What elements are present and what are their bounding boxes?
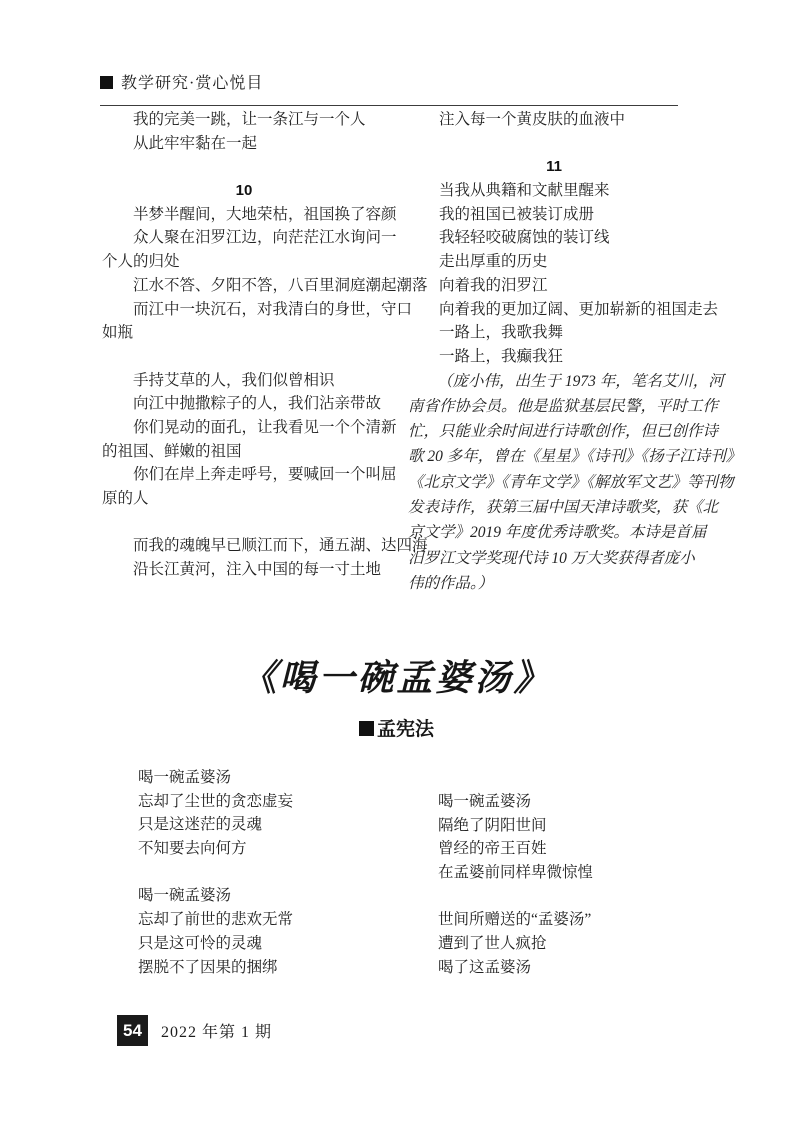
page-number-badge: 54 — [117, 1015, 148, 1046]
poem1-column-right: 注入每一个黄皮肤的血液中 11当我从典籍和文献里醒来我的祖国已被装订成册我轻轻咬… — [408, 108, 700, 596]
magazine-page: 教学研究·赏心悦目 我的完美一跳，让一条江与一个人从此牢牢黏在一起 10半梦半醒… — [0, 0, 793, 1122]
poem-line: 发表诗作，获第三届中国天津诗歌奖，获《北 — [408, 495, 700, 520]
poem-line: 喝一碗孟婆汤 — [138, 884, 422, 908]
poem-line — [138, 861, 422, 885]
poem2-author: 孟宪法 — [0, 714, 793, 741]
poem-line: （庞小伟，出生于 1973 年，笔名艾川，河 — [408, 369, 700, 394]
poem-line — [102, 511, 386, 535]
poem-line: 《北京文学》《青年文学》《解放军文艺》等刊物 — [408, 470, 700, 495]
poem-line — [102, 155, 386, 179]
poem-line: 不知要去向何方 — [138, 837, 422, 861]
poem-line: 我的祖国已被装订成册 — [408, 203, 700, 227]
poem-line: 世间所赠送的“孟婆汤” — [438, 908, 722, 932]
poem-line: 只是这迷茫的灵魂 — [138, 813, 422, 837]
poem2-title: 《喝一碗孟婆汤》 — [0, 650, 793, 701]
poem-line: 摆脱不了因果的捆绑 — [138, 956, 422, 980]
poem-line: 向着我的汨罗江 — [408, 274, 700, 298]
poem-line — [438, 885, 722, 909]
poem-line: 你们在岸上奔走呼号，要喊回一个叫屈 — [102, 463, 386, 487]
poem-line: 伟的作品。） — [408, 571, 700, 596]
poem-line: 南省作协会员。他是监狱基层民警，平时工作 — [408, 394, 700, 419]
poem-line: 只是这可怜的灵魂 — [138, 932, 422, 956]
poem-line: 如瓶 — [102, 321, 386, 345]
poem-line: 向江中抛撒粽子的人，我们沾亲带故 — [102, 392, 386, 416]
page-footer: 54 2022 年第 1 期 — [117, 1015, 272, 1046]
poem-line — [102, 345, 386, 369]
page-header: 教学研究·赏心悦目 — [100, 70, 678, 106]
poem-line: 遭到了世人疯抢 — [438, 932, 722, 956]
stanza-number: 11 — [408, 155, 700, 179]
poem-line: 喝一碗孟婆汤 — [438, 790, 722, 814]
poem-line: 京文学》2019 年度优秀诗歌奖。本诗是首届 — [408, 520, 700, 545]
poem-line: 半梦半醒间，大地荣枯，祖国换了容颜 — [102, 203, 386, 227]
poem-line: 的祖国、鲜嫩的祖国 — [102, 440, 386, 464]
poem-line: 众人聚在汨罗江边，向茫茫江水询问一 — [102, 226, 386, 250]
section-title: 教学研究·赏心悦目 — [121, 75, 263, 92]
poem2-column-left: 喝一碗孟婆汤忘却了尘世的贪恋虚妄只是这迷茫的灵魂不知要去向何方 喝一碗孟婆汤忘却… — [138, 766, 422, 979]
poem-line: 江水不答、夕阳不答，八百里洞庭潮起潮落 — [102, 274, 386, 298]
poem-line: 走出厚重的历史 — [408, 250, 700, 274]
poem-line: 而江中一块沉石，对我清白的身世，守口 — [102, 298, 386, 322]
poem-line: 忙，只能业余时间进行诗歌创作，但已创作诗 — [408, 419, 700, 444]
poem-line — [408, 132, 700, 156]
poem-line: 我轻轻咬破腐蚀的装订线 — [408, 226, 700, 250]
poem-line: 当我从典籍和文献里醒来 — [408, 179, 700, 203]
issue-label: 2022 年第 1 期 — [161, 1019, 272, 1042]
poem-line: 一路上，我歌我舞 — [408, 321, 700, 345]
poem-line: 注入每一个黄皮肤的血液中 — [408, 108, 700, 132]
poem-line: 喝一碗孟婆汤 — [138, 766, 422, 790]
author-name: 孟宪法 — [377, 719, 434, 740]
poem2-column-right: 喝一碗孟婆汤隔绝了阴阳世间曾经的帝王百姓在孟婆前同样卑微惊惶 世间所赠送的“孟婆… — [438, 790, 722, 980]
section-marker-icon — [100, 76, 113, 89]
author-marker-icon — [359, 721, 374, 736]
stanza-number: 10 — [102, 179, 386, 203]
poem1-column-left: 我的完美一跳，让一条江与一个人从此牢牢黏在一起 10半梦半醒间，大地荣枯，祖国换… — [102, 108, 386, 582]
poem-line: 沿长江黄河，注入中国的每一寸土地 — [102, 558, 386, 582]
poem-line: 向着我的更加辽阔、更加崭新的祖国走去 — [408, 298, 700, 322]
poem-line: 原的人 — [102, 487, 386, 511]
poem-line: 手持艾草的人，我们似曾相识 — [102, 369, 386, 393]
poem-line: 从此牢牢黏在一起 — [102, 132, 386, 156]
poem-line: 曾经的帝王百姓 — [438, 837, 722, 861]
poem-line: 忘却了尘世的贪恋虚妄 — [138, 790, 422, 814]
poem-line: 隔绝了阴阳世间 — [438, 814, 722, 838]
poem-line: 个人的归处 — [102, 250, 386, 274]
poem-line: 我的完美一跳，让一条江与一个人 — [102, 108, 386, 132]
poem-line: 你们晃动的面孔，让我看见一个个清新 — [102, 416, 386, 440]
poem-line: 喝了这孟婆汤 — [438, 956, 722, 980]
poem-line: 一路上，我癫我狂 — [408, 345, 700, 369]
poem-line: 汨罗江文学奖现代诗 10 万大奖获得者庞小 — [408, 546, 700, 571]
poem-line: 歌 20 多年，曾在《星星》《诗刊》《扬子江诗刊》 — [408, 444, 700, 469]
poem-line: 而我的魂魄早已顺江而下，通五湖、达四海 — [102, 534, 386, 558]
poem-line: 忘却了前世的悲欢无常 — [138, 908, 422, 932]
poem-line: 在孟婆前同样卑微惊惶 — [438, 861, 722, 885]
